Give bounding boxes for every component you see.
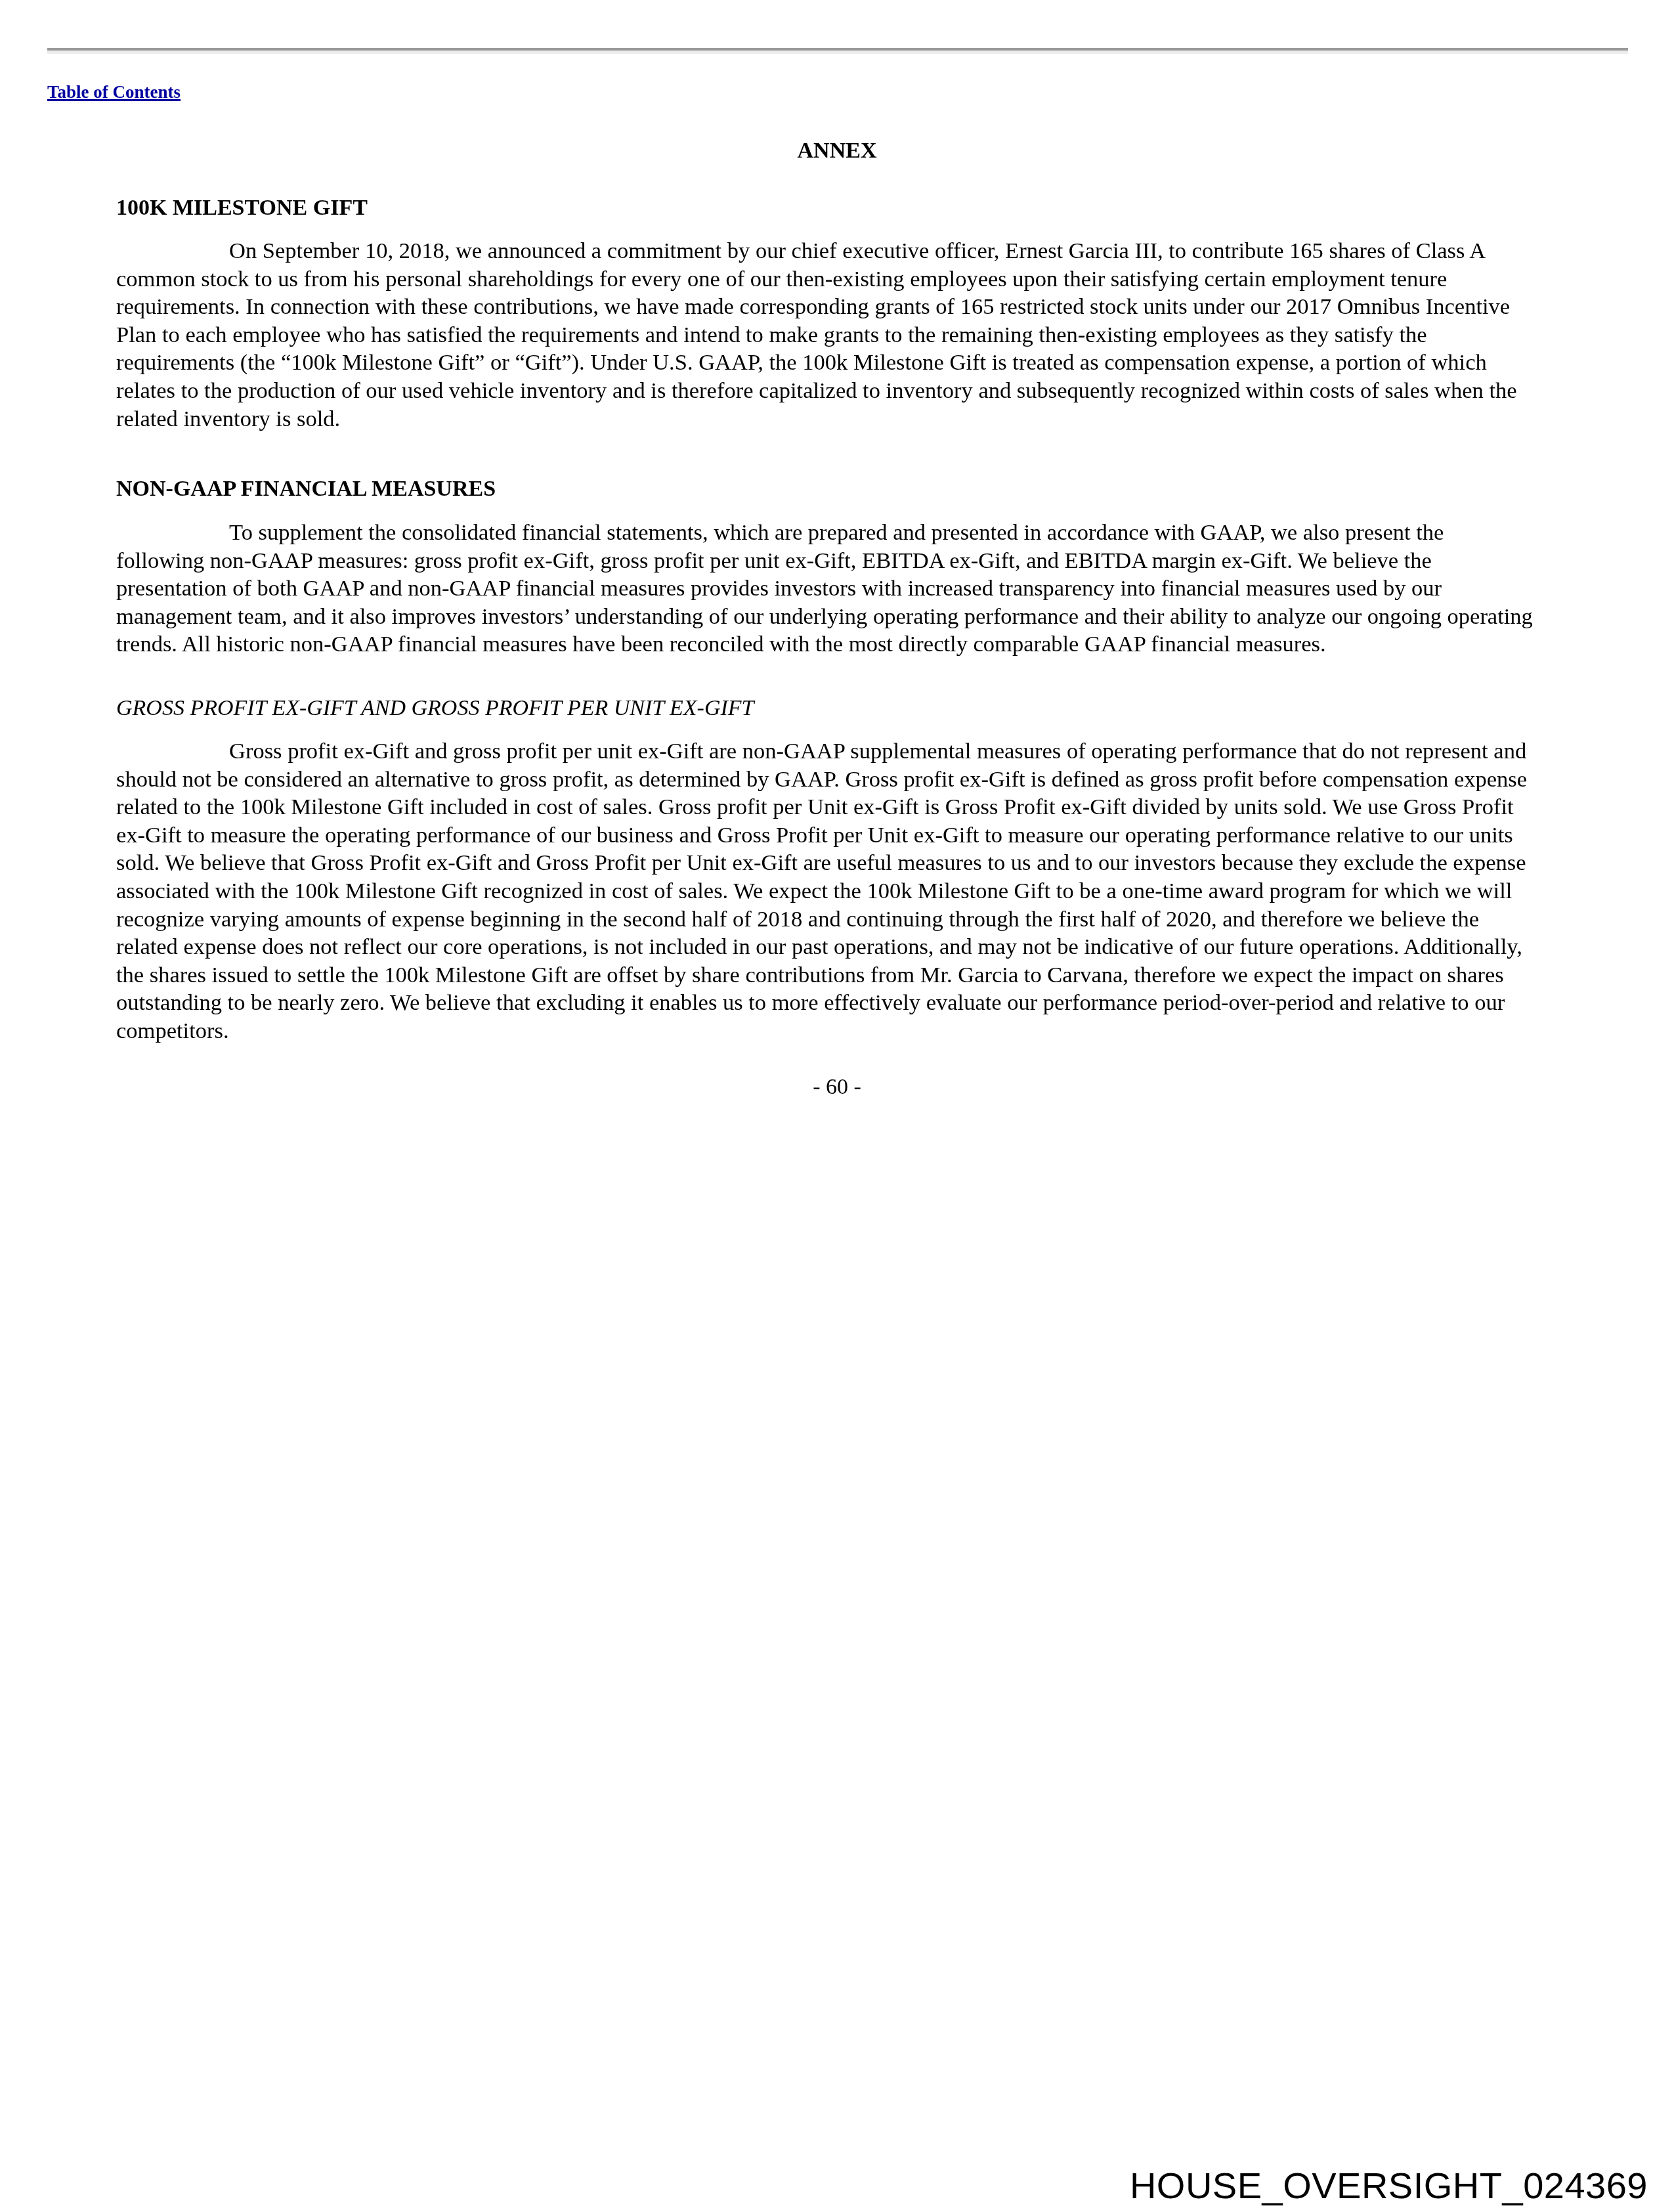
text-line: common stock to us from his personal sha… [116, 265, 1574, 293]
text-line: ex-Gift to measure the operating perform… [116, 821, 1574, 850]
text-line: outstanding to be nearly zero. We believ… [116, 989, 1574, 1017]
text-line: sold. We believe that Gross Profit ex-Gi… [116, 849, 1574, 877]
text-line: following non-GAAP measures: gross profi… [116, 547, 1574, 575]
paragraph-gross-profit-ex-gift: Gross profit ex-Gift and gross profit pe… [116, 737, 1574, 1045]
text-line: trends. All historic non-GAAP financial … [116, 630, 1574, 659]
table-of-contents-link[interactable]: Table of Contents [47, 82, 181, 102]
text-line: competitors. [116, 1017, 1574, 1045]
text-line: the shares issued to settle the 100k Mil… [116, 961, 1574, 989]
text-line: recognize varying amounts of expense beg… [116, 905, 1574, 934]
text-line: related expense does not reflect our cor… [116, 933, 1574, 961]
page-title: ANNEX [0, 139, 1674, 163]
text-line: requirements. In connection with these c… [116, 293, 1574, 321]
section-heading-non-gaap: NON-GAAP FINANCIAL MEASURES [116, 477, 496, 502]
text-line: On September 10, 2018, we announced a co… [116, 237, 1574, 265]
text-line: related to the 100k Milestone Gift inclu… [116, 793, 1574, 821]
text-line: Plan to each employee who has satisfied … [116, 321, 1574, 349]
section-heading-100k-milestone-gift: 100K MILESTONE GIFT [116, 196, 368, 221]
text-line: presentation of both GAAP and non-GAAP f… [116, 575, 1574, 603]
text-line: should not be considered an alternative … [116, 766, 1574, 794]
text-line: To supplement the consolidated financial… [116, 519, 1574, 547]
paragraph-non-gaap: To supplement the consolidated financial… [116, 519, 1574, 659]
paragraph-100k-milestone-gift: On September 10, 2018, we announced a co… [116, 237, 1574, 433]
top-rule-shadow [47, 51, 1628, 54]
page-number: - 60 - [0, 1075, 1674, 1100]
text-line: Gross profit ex-Gift and gross profit pe… [116, 737, 1574, 766]
text-line: associated with the 100k Milestone Gift … [116, 877, 1574, 905]
text-line: management team, and it also improves in… [116, 603, 1574, 631]
section-heading-gross-profit-ex-gift: GROSS PROFIT EX-GIFT AND GROSS PROFIT PE… [116, 696, 754, 721]
text-line: requirements (the “100k Milestone Gift” … [116, 349, 1574, 377]
text-line: related inventory is sold. [116, 405, 1574, 433]
bates-stamp: HOUSE_OVERSIGHT_024369 [1130, 2164, 1648, 2207]
text-line: relates to the production of our used ve… [116, 377, 1574, 405]
